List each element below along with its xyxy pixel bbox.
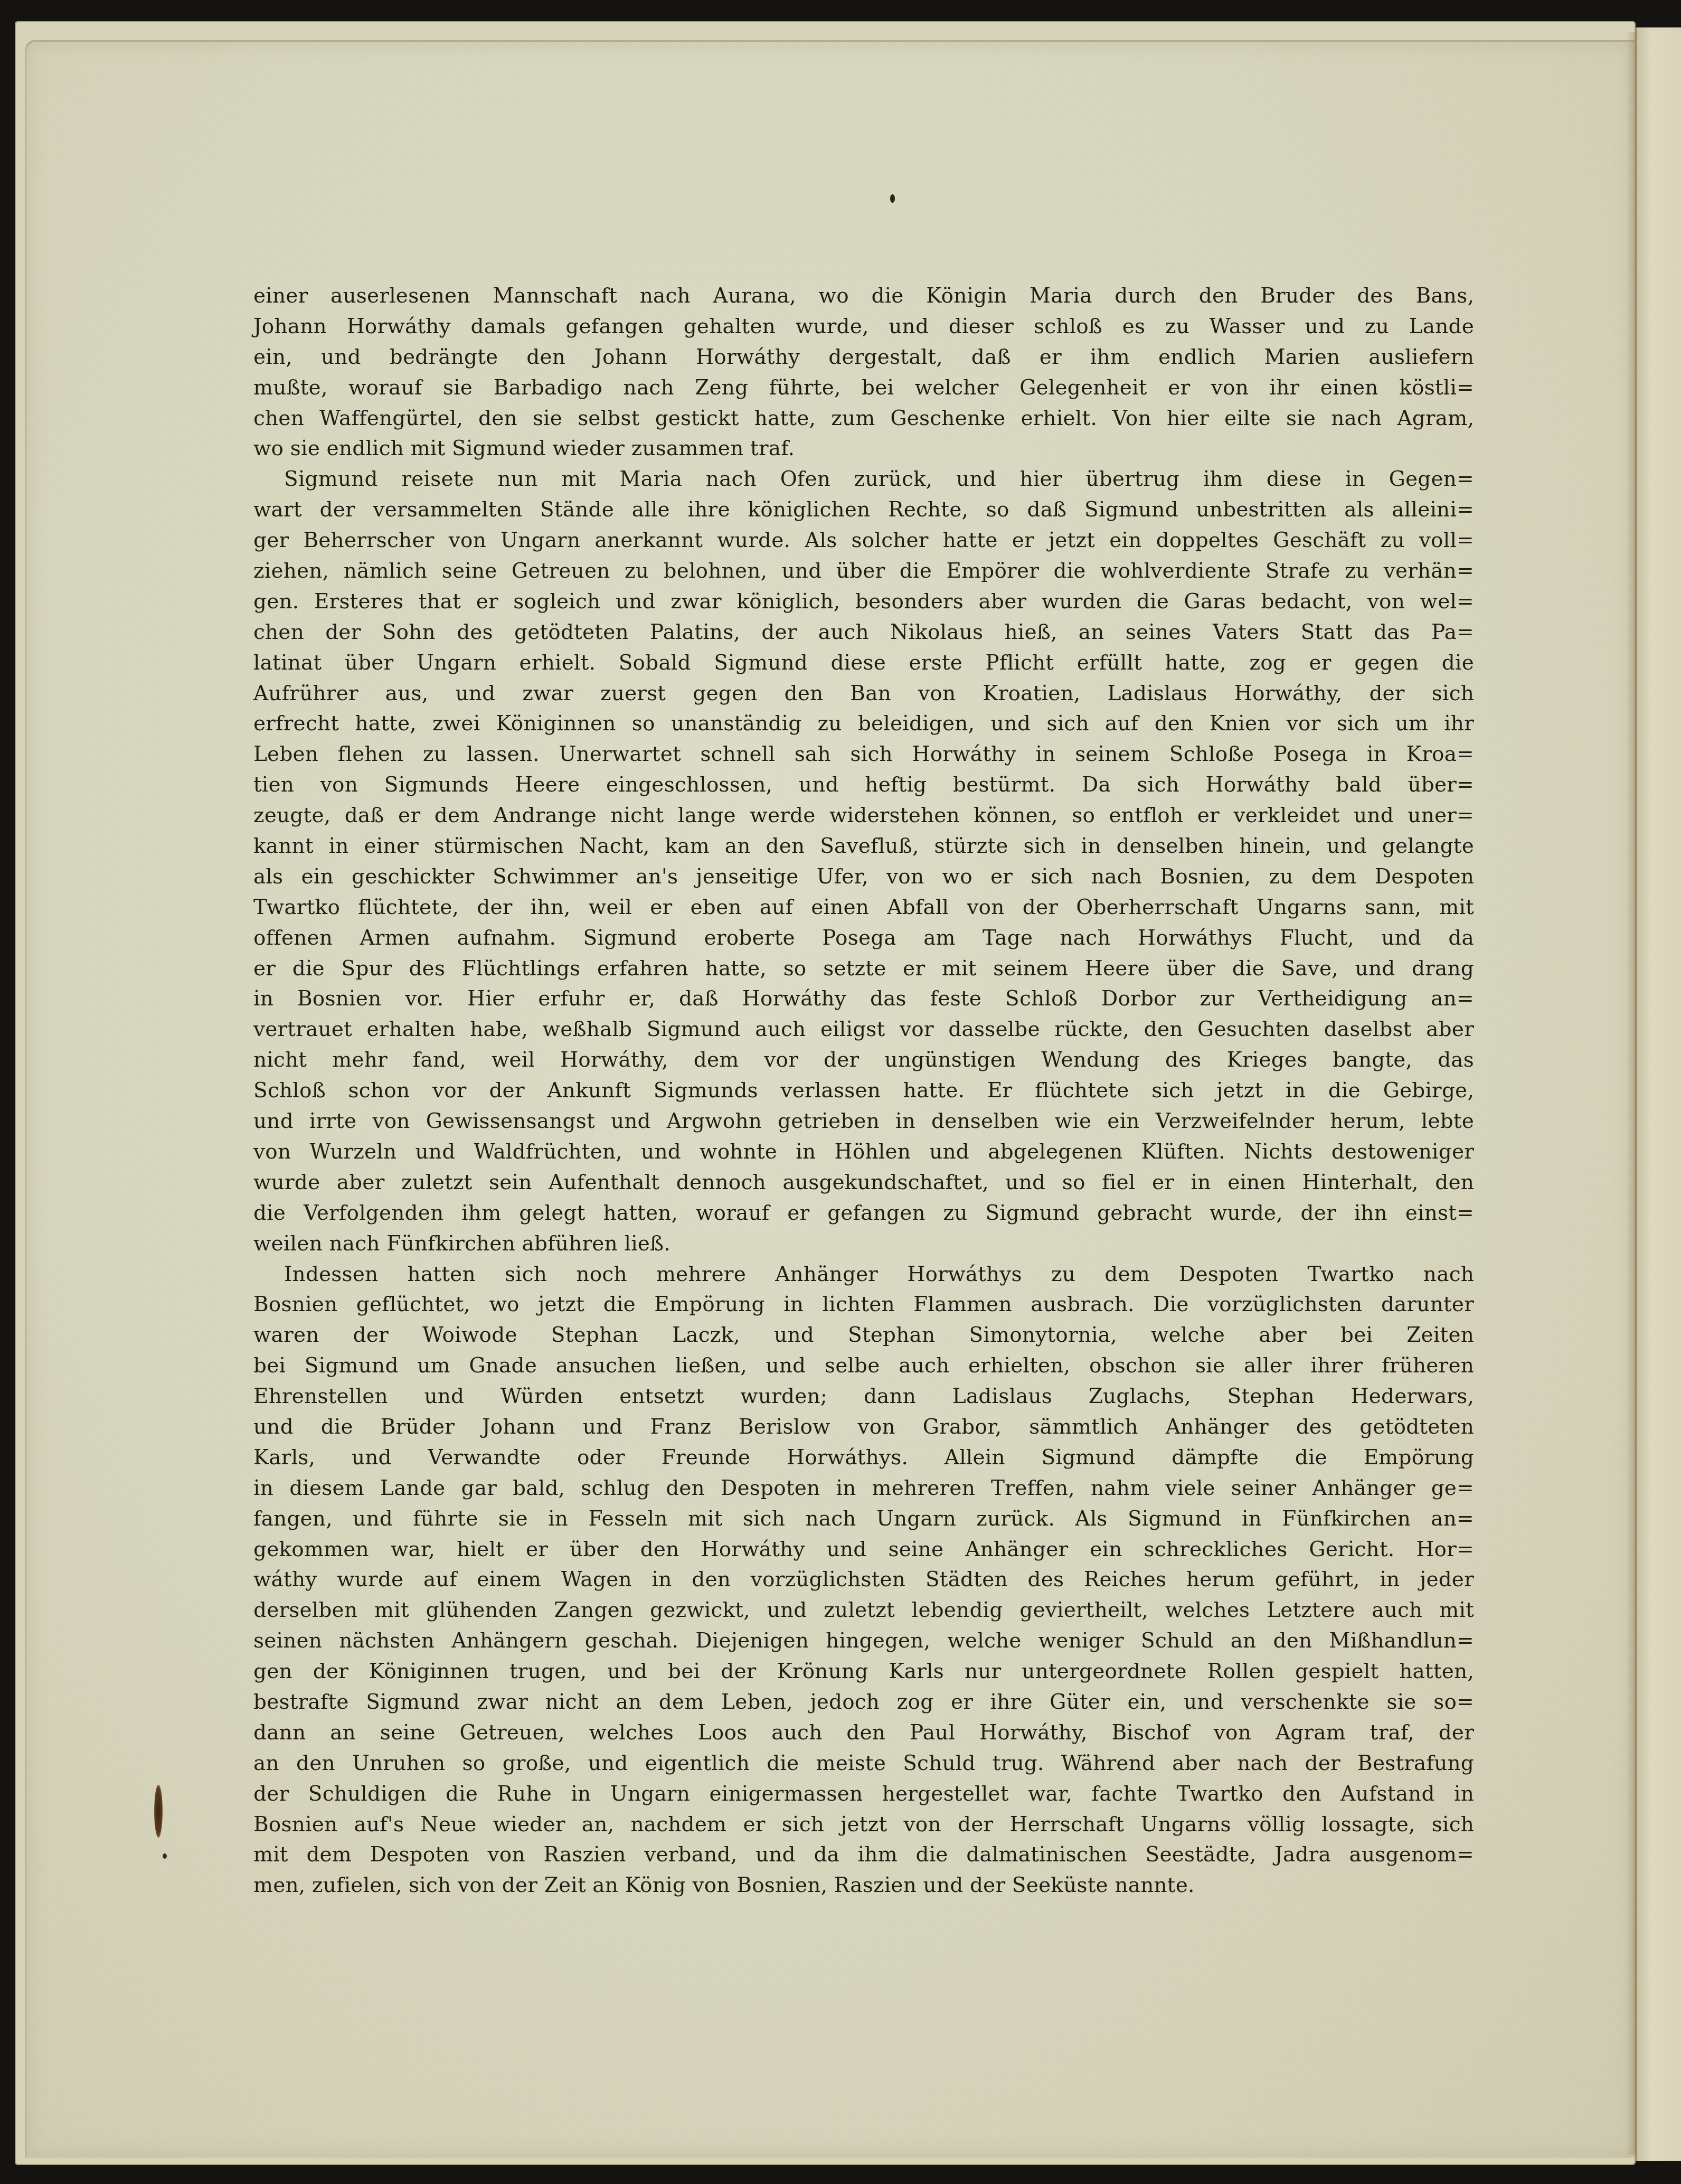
next-page-sliver [1636, 27, 1681, 2161]
text-line: Ehrenstellen und Würden entsetzt wurden;… [253, 1381, 1474, 1412]
text-line: fangen, und führte sie in Fesseln mit si… [253, 1504, 1474, 1535]
text-line: er die Spur des Flüchtlings erfahren hat… [253, 954, 1474, 984]
text-line: weilen nach Fünfkirchen abführen ließ. [253, 1229, 1474, 1259]
text-line: gen. Ersteres that er sogleich und zwar … [253, 587, 1474, 617]
text-line: von Wurzeln und Waldfrüchten, und wohnte… [253, 1137, 1474, 1168]
body-text: einer auserlesenen Mannschaft nach Auran… [253, 281, 1474, 1901]
text-line: in Bosnien vor. Hier erfuhr er, daß Horw… [253, 984, 1474, 1014]
text-line: ein, und bedrängte den Johann Horwáthy d… [253, 342, 1474, 373]
text-line: Johann Horwáthy damals gefangen gehalten… [253, 312, 1474, 342]
text-line: der Schuldigen die Ruhe in Ungarn einige… [253, 1779, 1474, 1810]
text-line: Bosnien auf's Neue wieder an, nachdem er… [253, 1810, 1474, 1840]
text-line: offenen Armen aufnahm. Sigmund eroberte … [253, 923, 1474, 954]
text-line: vertrauet erhalten habe, weßhalb Sigmund… [253, 1014, 1474, 1045]
text-line: bestrafte Sigmund zwar nicht an dem Lebe… [253, 1687, 1474, 1718]
text-line: dann an seine Getreuen, welches Loos auc… [253, 1718, 1474, 1748]
text-line: latinat über Ungarn erhielt. Sobald Sigm… [253, 648, 1474, 679]
text-line: gekommen war, hielt er über den Horwáthy… [253, 1535, 1474, 1565]
text-line: men, zufielen, sich von der Zeit an Köni… [253, 1870, 1474, 1901]
text-line: tien von Sigmunds Heere eingeschlossen, … [253, 770, 1474, 801]
text-line: Leben flehen zu lassen. Unerwartet schne… [253, 739, 1474, 770]
text-line: als ein geschickter Schwimmer an's jense… [253, 862, 1474, 892]
text-line: Aufrührer aus, und zwar zuerst gegen den… [253, 679, 1474, 709]
text-line: wurde aber zuletzt sein Aufenthalt denno… [253, 1168, 1474, 1198]
text-line: Twartko flüchtete, der ihn, weil er eben… [253, 892, 1474, 923]
text-line: gen der Königinnen trugen, und bei der K… [253, 1656, 1474, 1687]
page-mark-dot [890, 194, 895, 203]
text-line: ziehen, nämlich seine Getreuen zu belohn… [253, 556, 1474, 587]
text-line: und irrte von Gewissensangst und Argwohn… [253, 1106, 1474, 1137]
text-line: waren der Woiwode Stephan Laczk, und Ste… [253, 1320, 1474, 1351]
text-line: kannt in einer stürmischen Nacht, kam an… [253, 831, 1474, 862]
text-line: seinen nächsten Anhängern geschah. Dieje… [253, 1626, 1474, 1656]
text-line: Indessen hatten sich noch mehrere Anhäng… [253, 1259, 1474, 1290]
text-line: wart der versammelten Stände alle ihre k… [253, 495, 1474, 525]
text-line: in diesem Lande gar bald, schlug den Des… [253, 1473, 1474, 1504]
text-line: chen Waffengürtel, den sie selbst gestic… [253, 403, 1474, 434]
paper-stain [154, 1785, 163, 1838]
text-line: einer auserlesenen Mannschaft nach Auran… [253, 281, 1474, 312]
text-line: derselben mit glühenden Zangen gezwickt,… [253, 1595, 1474, 1626]
text-line: zeugte, daß er dem Andrange nicht lange … [253, 801, 1474, 831]
text-line: Bosnien geflüchtet, wo jetzt die Empörun… [253, 1289, 1474, 1320]
text-line: mußte, worauf sie Barbadigo nach Zeng fü… [253, 373, 1474, 403]
text-line: die Verfolgenden ihm gelegt hatten, wora… [253, 1198, 1474, 1229]
text-line: Schloß schon vor der Ankunft Sigmunds ve… [253, 1076, 1474, 1106]
text-line: chen der Sohn des getödteten Palatins, d… [253, 617, 1474, 648]
text-line: wáthy wurde auf einem Wagen in den vorzü… [253, 1565, 1474, 1595]
text-line: Karls, und Verwandte oder Freunde Horwát… [253, 1443, 1474, 1473]
text-line: erfrecht hatte, zwei Königinnen so unans… [253, 709, 1474, 739]
text-line: wo sie endlich mit Sigmund wieder zusamm… [253, 434, 1474, 464]
text-line: mit dem Despoten von Raszien verband, un… [253, 1840, 1474, 1870]
text-line: und die Brüder Johann und Franz Berislow… [253, 1412, 1474, 1443]
text-line: an den Unruhen so große, und eigentlich … [253, 1748, 1474, 1779]
text-line: bei Sigmund um Gnade ansuchen ließen, un… [253, 1351, 1474, 1381]
paper-stain-dot [163, 1853, 167, 1859]
text-line: ger Beherrscher von Ungarn anerkannt wur… [253, 525, 1474, 556]
text-line: Sigmund reisete nun mit Maria nach Ofen … [253, 464, 1474, 495]
text-line: nicht mehr fand, weil Horwáthy, dem vor … [253, 1045, 1474, 1076]
